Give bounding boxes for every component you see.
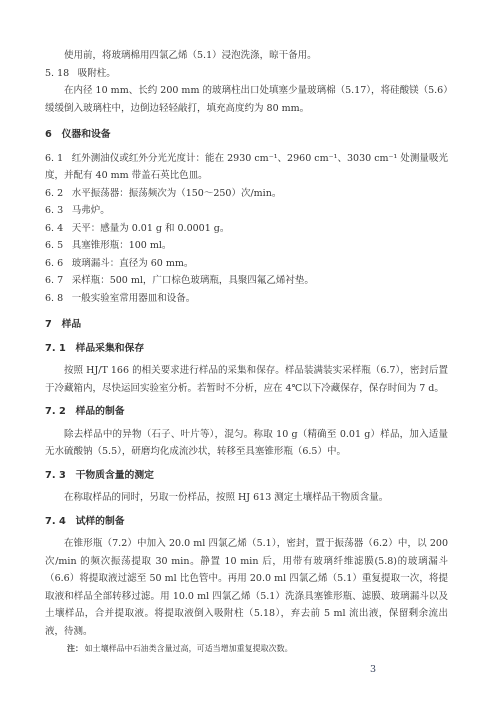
- clause-number: 6. 3: [45, 205, 63, 216]
- clause-number: 6. 8: [45, 293, 63, 304]
- subsection-number: 7. 2: [45, 406, 66, 417]
- subsection-title: 干物质含量的测定: [76, 470, 154, 481]
- document-page: 使用前，将玻璃棉用四氯乙烯（5.1）浸泡洗涤，晾干备用。 5. 18吸附柱。 在…: [0, 0, 493, 706]
- clause-number: 6. 2: [45, 188, 63, 199]
- clause-number: 6. 1: [45, 153, 63, 164]
- clause-6-6: 6. 6玻璃漏斗：直径为 60 mm。: [45, 255, 448, 273]
- section-title: 样品: [62, 319, 82, 330]
- clause-text: 具塞锥形瓶：100 ml。: [72, 240, 172, 251]
- clause-6-7: 6. 7采样瓶：500 ml，广口棕色玻璃瓶，具聚四氟乙烯衬垫。: [45, 272, 448, 290]
- note: 注：如土壤样品中石油类含量过高，可适当增加重复提取次数。: [45, 641, 448, 656]
- subsection-heading-7-4: 7. 4试样的制备: [45, 513, 448, 531]
- clause-number: 6. 7: [45, 275, 63, 286]
- clause-text: 马弗炉。: [72, 205, 110, 216]
- clause-text: 红外测油仪或红外分光光度计：能在 2930 cm⁻¹、2960 cm⁻¹、303…: [45, 153, 448, 182]
- clause-number: 6. 6: [45, 258, 63, 269]
- section-heading-6: 6仪器和设备: [45, 126, 448, 144]
- clause-6-2: 6. 2水平振荡器：振荡频次为（150～250）次/min。: [45, 185, 448, 203]
- body-paragraph: 在内径 10 mm、长约 200 mm 的玻璃柱出口处填塞少量玻璃棉（5.17）…: [45, 82, 448, 117]
- clause-5-18: 5. 18吸附柱。: [45, 65, 448, 83]
- note-text: 如土壤样品中石油类含量过高，可适当增加重复提取次数。: [85, 644, 293, 653]
- subsection-title: 样品采集和保存: [76, 343, 145, 354]
- clause-text: 天平：感量为 0.01 g 和 0.0001 g。: [72, 223, 230, 234]
- clause-6-4: 6. 4天平：感量为 0.01 g 和 0.0001 g。: [45, 220, 448, 238]
- page-number: 3: [45, 663, 448, 677]
- subsection-title: 样品的制备: [76, 406, 125, 417]
- clause-number: 6. 5: [45, 240, 63, 251]
- subsection-heading-7-2: 7. 2样品的制备: [45, 403, 448, 421]
- clause-number: 6. 4: [45, 223, 63, 234]
- section-title: 仪器和设备: [62, 129, 111, 140]
- clause-6-5: 6. 5具塞锥形瓶：100 ml。: [45, 237, 448, 255]
- subsection-heading-7-3: 7. 3干物质含量的测定: [45, 467, 448, 485]
- section-number: 7: [45, 319, 52, 330]
- clause-text: 水平振荡器：振荡频次为（150～250）次/min。: [72, 188, 282, 199]
- subsection-title: 试样的制备: [76, 516, 125, 527]
- subsection-number: 7. 1: [45, 343, 66, 354]
- section-number: 6: [45, 129, 52, 140]
- clause-text: 吸附柱。: [78, 68, 116, 79]
- note-label: 注：: [67, 644, 83, 653]
- clause-text: 采样瓶：500 ml，广口棕色玻璃瓶，具聚四氟乙烯衬垫。: [72, 275, 314, 286]
- clause-text: 玻璃漏斗：直径为 60 mm。: [72, 258, 194, 269]
- body-paragraph: 除去样品中的异物（石子、叶片等），混匀。称取 10 g（精确至 0.01 g）样…: [45, 426, 448, 461]
- clause-text: 一般实验室常用器皿和设备。: [72, 293, 196, 304]
- body-paragraph: 按照 HJ/T 166 的相关要求进行样品的采集和保存。样品装满装实采样瓶（6.…: [45, 362, 448, 397]
- clause-6-3: 6. 3马弗炉。: [45, 202, 448, 220]
- clause-6-1: 6. 1红外测油仪或红外分光光度计：能在 2930 cm⁻¹、2960 cm⁻¹…: [45, 150, 448, 185]
- subsection-number: 7. 3: [45, 470, 66, 481]
- clause-number: 5. 18: [45, 68, 69, 79]
- subsection-heading-7-1: 7. 1样品采集和保存: [45, 340, 448, 358]
- body-paragraph: 在称取样品的同时，另取一份样品，按照 HJ 613 测定土壤样品干物质含量。: [45, 489, 448, 507]
- section-heading-7: 7样品: [45, 316, 448, 334]
- body-paragraph: 在锥形瓶（7.2）中加入 20.0 ml 四氯乙烯（5.1），密封，置于振荡器（…: [45, 535, 448, 640]
- body-paragraph: 使用前，将玻璃棉用四氯乙烯（5.1）浸泡洗涤，晾干备用。: [45, 47, 448, 65]
- subsection-number: 7. 4: [45, 516, 66, 527]
- clause-6-8: 6. 8一般实验室常用器皿和设备。: [45, 290, 448, 308]
